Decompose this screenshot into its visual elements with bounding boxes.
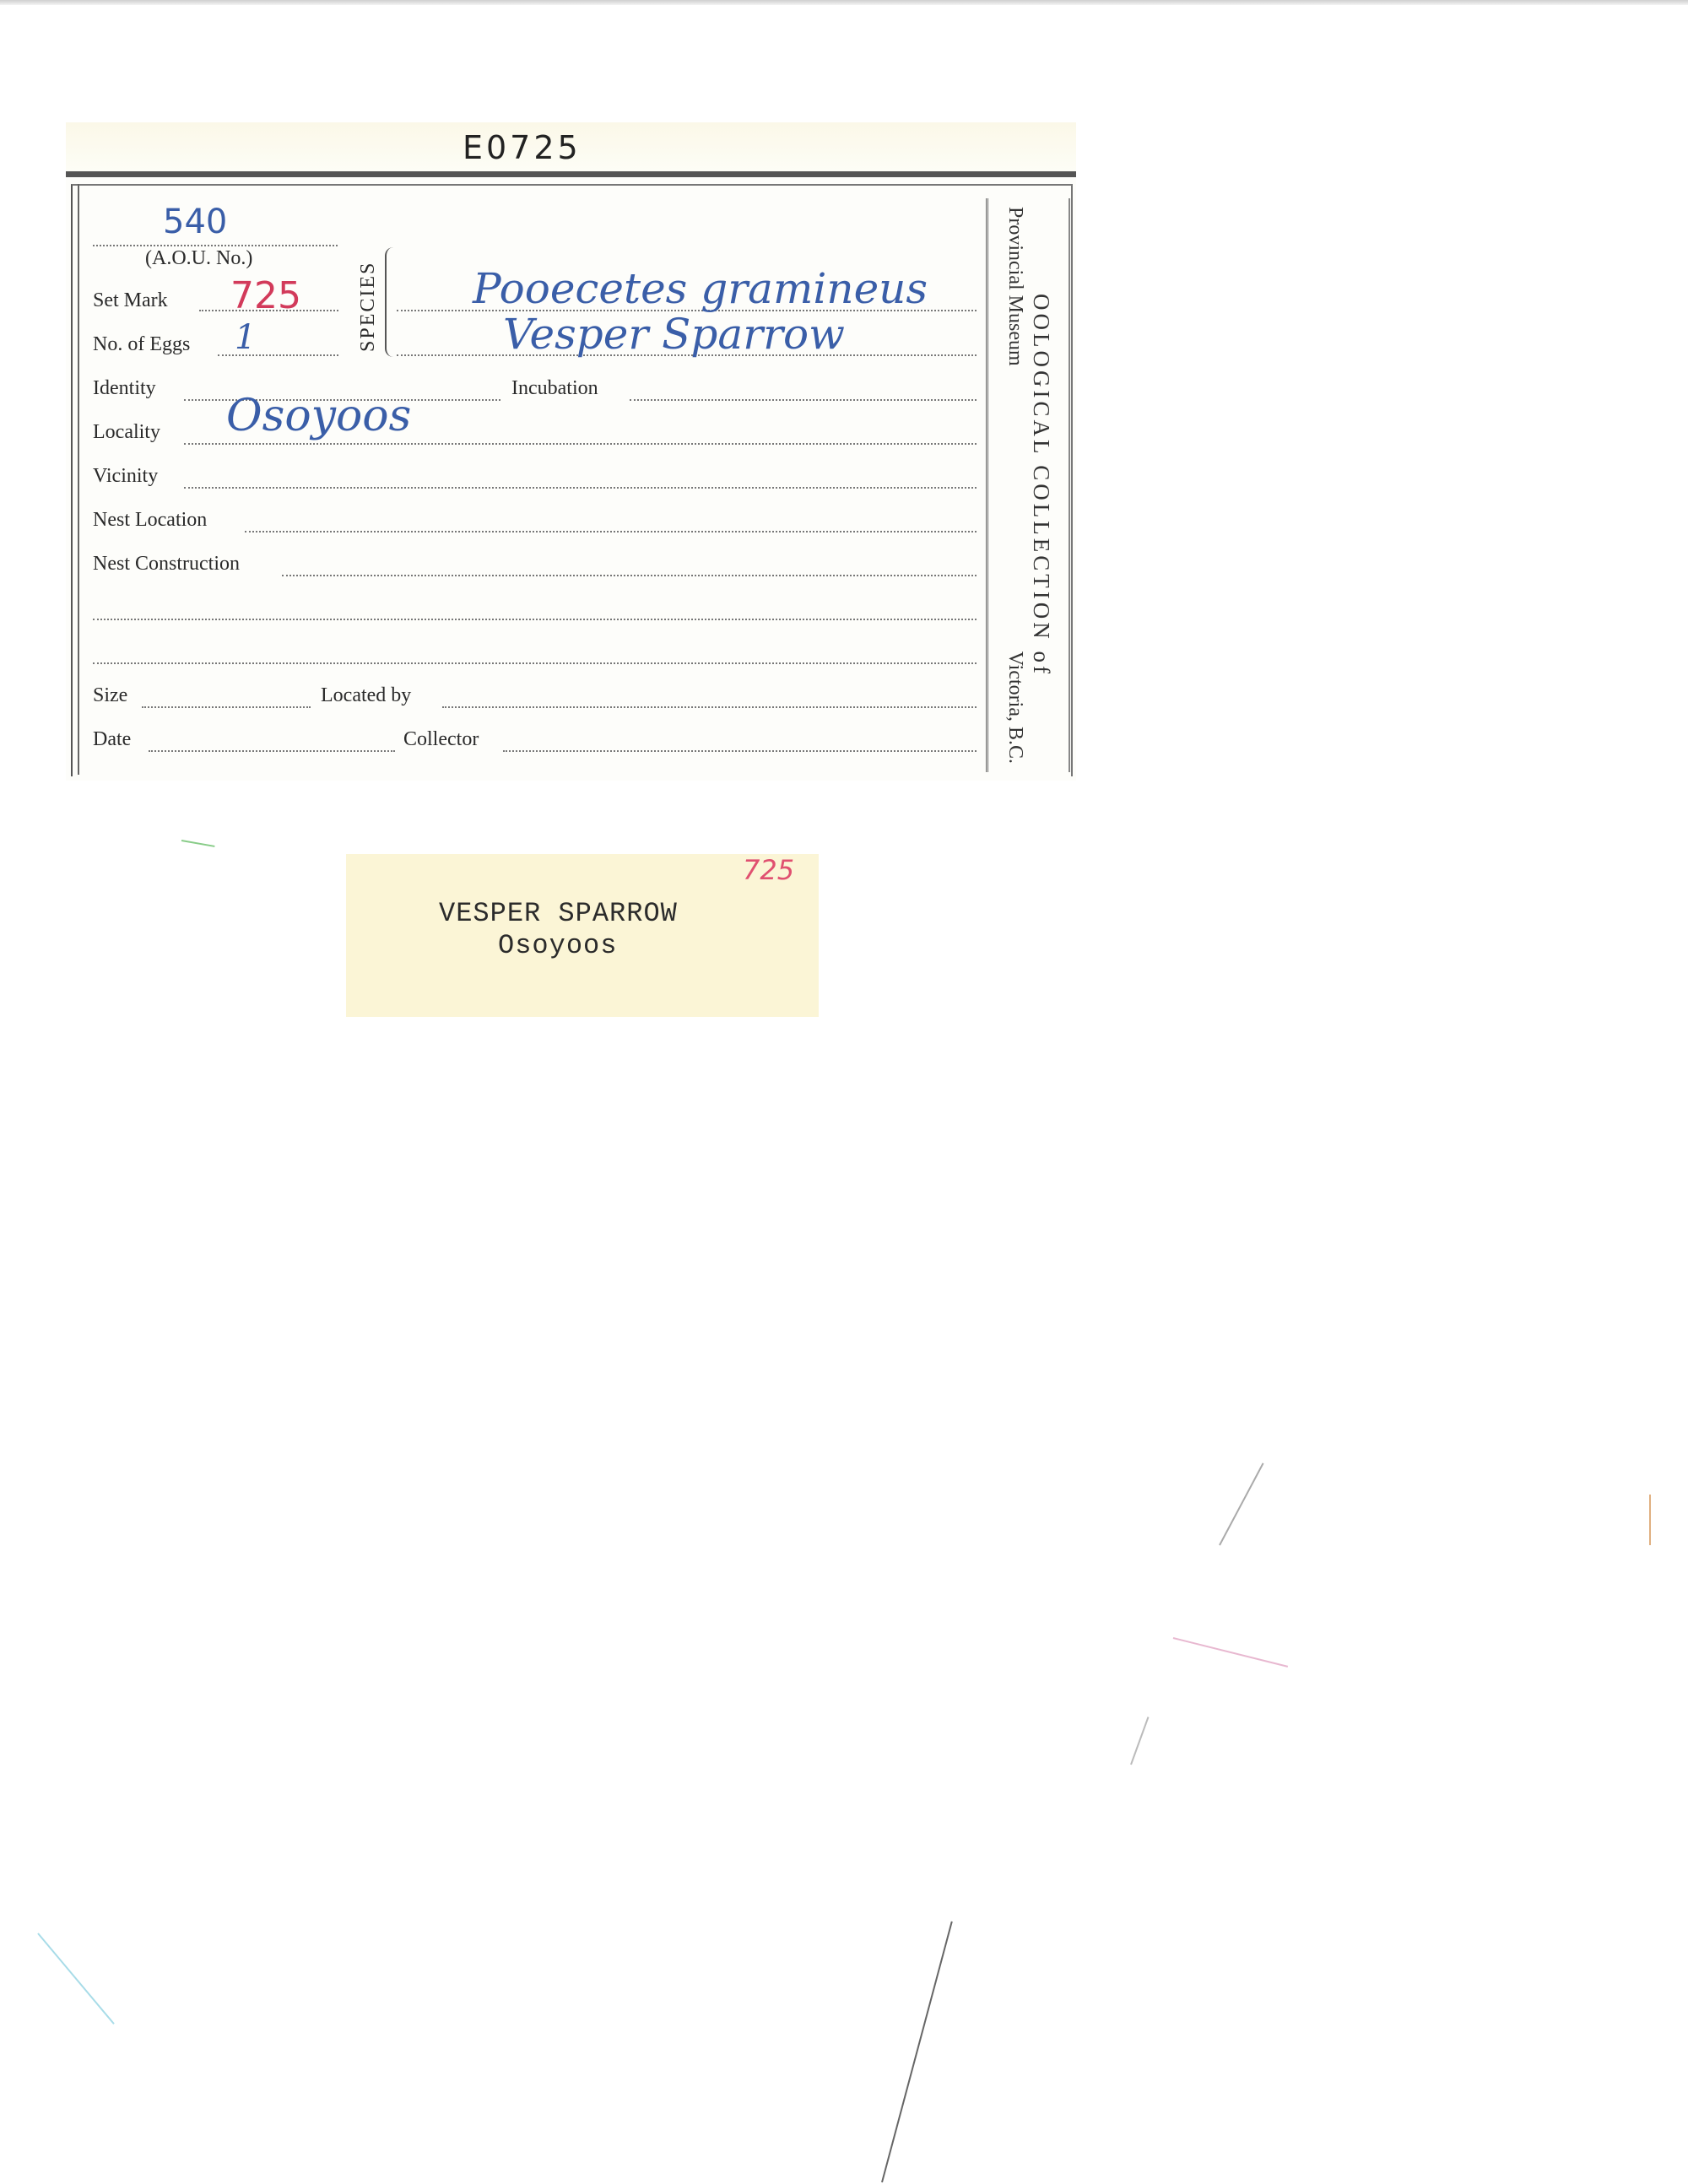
scan-artifact-line [1649,1495,1651,1545]
typed-species-slip: 725 VESPER SPARROW Osoyoos [346,854,819,1017]
scan-top-edge [0,0,1688,5]
eggs-value: 1 [235,318,256,357]
scan-artifact-line [1219,1462,1263,1545]
aou-value: 540 [163,203,227,241]
slip-species-name: VESPER SPARROW [439,898,678,929]
nest-location-line [245,531,977,532]
nest-construction-label: Nest Construction [93,553,240,576]
species-common: Vesper Sparrow [503,310,845,359]
blank-line-1 [93,619,977,620]
size-line [142,706,311,708]
species-label: SPECIES [357,262,380,352]
species-scientific: Pooecetes gramineus [473,264,928,313]
aou-label: (A.O.U. No.) [145,247,252,270]
set-mark-label: Set Mark [93,289,168,312]
vicinity-line [184,487,977,489]
date-line [149,750,395,752]
scan-artifact-line [181,840,215,847]
oological-data-card: E0725 540 (A.O.U. No.) Set Mark 725 No. … [66,122,1076,781]
locality-value: Osoyoos [226,391,411,441]
slip-set-mark: 725 [743,854,794,886]
catalog-number: E0725 [463,129,582,166]
identity-label: Identity [93,377,156,400]
collection-title: OOLOGICAL COLLECTION of [1028,207,1054,764]
header-rule [66,171,1076,177]
set-mark-value: 725 [230,274,301,317]
nest-location-label: Nest Location [93,509,207,532]
collector-line [503,750,977,752]
collector-label: Collector [403,728,479,751]
located-by-line [442,706,977,708]
aou-line [93,245,338,246]
incubation-label: Incubation [511,377,598,400]
incubation-line [630,399,977,401]
scan-artifact-line [37,1933,115,2025]
nest-construction-line [282,575,977,576]
scan-artifact-line [881,1922,953,2183]
institution-location: Victoria, B.C. [1004,651,1026,764]
card-header-strip: E0725 [66,122,1076,171]
scan-artifact-line [1130,1716,1149,1765]
eggs-label: No. of Eggs [93,333,190,356]
slip-locality: Osoyoos [498,930,617,961]
scan-artifact-line [1173,1637,1288,1668]
blank-line-2 [93,662,977,664]
institution-side-panel: OOLOGICAL COLLECTION of Provincial Museu… [986,198,1070,772]
date-label: Date [93,728,131,751]
vicinity-label: Vicinity [93,465,158,488]
institution-name: Provincial Museum [1004,207,1026,366]
species-brace [385,247,397,357]
locality-label: Locality [93,421,160,444]
located-by-label: Located by [321,684,411,707]
locality-line [184,443,977,445]
size-label: Size [93,684,127,707]
